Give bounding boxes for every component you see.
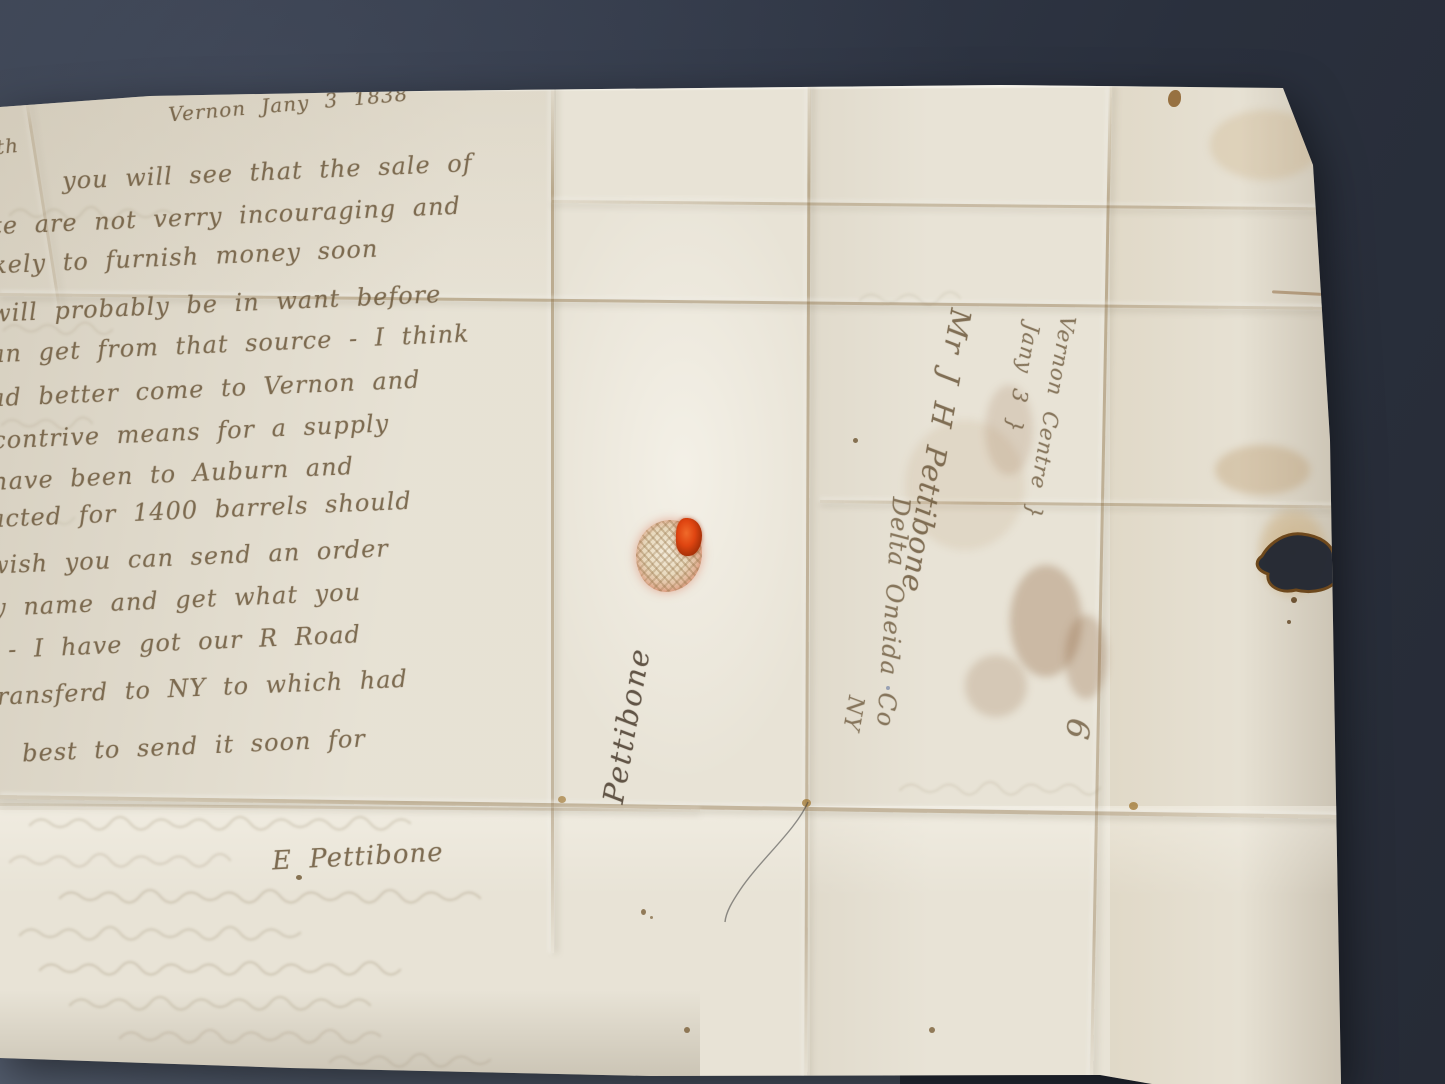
letter-line: will probably be in want before — [0, 280, 442, 328]
speck — [853, 438, 858, 443]
salutation-fragment: th — [0, 133, 20, 159]
speck — [929, 1027, 935, 1033]
speck — [641, 909, 646, 915]
speck — [650, 916, 653, 919]
paper-shading — [810, 60, 1110, 1084]
paper-wrapper: Vernon Jany 3 1838 th you will see that … — [0, 0, 1445, 1084]
letter-line: te are not verry incouraging and — [0, 192, 461, 240]
letter-line: have been to Auburn and — [0, 452, 354, 496]
letter-signature: E Pettibone — [271, 838, 444, 877]
fold-crease-vertical-2 — [804, 62, 811, 1084]
fold-crease-vertical-3 — [1090, 85, 1112, 1084]
main-horizontal-fold-double — [0, 803, 700, 812]
folded-letter-paper: Vernon Jany 3 1838 th you will see that … — [0, 0, 1445, 1084]
stain — [1210, 110, 1320, 180]
letter-line: - I have got our R Road — [8, 620, 362, 663]
letter-line: contrive means for a supply — [0, 409, 390, 454]
letter-line: an get from that source - I think — [0, 320, 470, 369]
paper-shading — [0, 990, 700, 1084]
address-place-line: Delta Oneida Co — [871, 496, 915, 728]
fold-stain — [802, 799, 811, 807]
paper-shading — [556, 195, 810, 810]
ink-smudge — [1065, 615, 1107, 699]
seal-docket-name: Pettibone — [596, 645, 657, 806]
letter-line: wish you can send an order — [0, 534, 389, 579]
fold-stain — [558, 796, 566, 803]
paper-shading — [0, 806, 1340, 896]
letter-line: ad better come to Vernon and — [0, 366, 421, 413]
ink-smudge — [965, 655, 1027, 717]
fold-crease-corner — [25, 101, 62, 314]
speck — [684, 1027, 690, 1033]
letter-line: best to send it soon for — [22, 725, 367, 768]
tear-hole-shape — [1246, 498, 1350, 628]
letter-line: y name and get what you — [0, 578, 362, 622]
letter-line: transferd to NY to which had — [0, 665, 408, 711]
tear-hole — [1246, 498, 1350, 628]
address-state: NY — [837, 694, 868, 734]
hair-fiber — [700, 790, 840, 940]
letter-photo: { "photo": { "background_color": "#30374… — [0, 0, 1445, 1084]
letter-dateline: Vernon Jany 3 1838 — [167, 82, 409, 127]
stain — [1215, 445, 1310, 495]
wax-seal-remnant — [634, 518, 704, 594]
letter-line: kely to furnish money soon — [0, 235, 379, 280]
scratch-mark — [1272, 290, 1338, 296]
letter-line: you will see that the sale of — [62, 149, 474, 195]
speck — [296, 875, 302, 880]
main-horizontal-fold — [0, 795, 1340, 819]
postal-rate: 6 — [1057, 715, 1098, 743]
fold-crease-horizontal-1 — [552, 200, 1332, 210]
stain — [1168, 90, 1181, 107]
fold-crease-vertical-1 — [551, 88, 554, 953]
letter-line: acted for 1400 barrels should — [0, 487, 412, 533]
fold-stain — [1129, 802, 1138, 810]
paper-top-edge-highlight — [0, 82, 1290, 94]
